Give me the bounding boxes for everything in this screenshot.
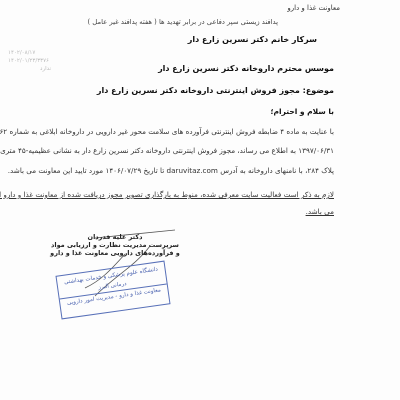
body-line-3: پلاک ۲۸۴، با نامنهای داروخانه به آدرس da… [8,166,334,175]
letter-date: ۱۴۰۲/۰۸/۱۷ [8,50,35,56]
signature-block: دکتر علیه قدردان سرپرست مدیریت نظارت و ا… [40,233,190,257]
note-line-2: می باشد. [306,207,334,216]
recipient-name: سرکار خانم دکتر نسرین زارع دار [188,35,317,44]
body-line-1: با عنایت به ماده ۴ ضابطه فروش اینترنتی ف… [0,127,334,136]
department-header: معاونت غذا و دارو [287,4,340,12]
recipient-title: موسس محترم داروخانه دکتر نسرین زارع دار [158,64,334,73]
signatory-name: دکتر علیه قدردان [40,233,190,241]
note-line-1: لازم به ذکر است فعالیت سایت معرفی شده، م… [0,190,334,199]
body-line-2: ۱۳۹۷/۰۶/۳۱ به اطلاع می رساند، مجوز فروش … [0,146,334,155]
letter-attachment: ندارد [40,66,51,72]
slogan: پدافند زیستی سپر دفاعی در برابر تهدید ها… [87,18,278,26]
signatory-title-1: سرپرست مدیریت نظارت و ارزیابی مواد [40,241,190,249]
letter-page: معاونت غذا و دارو پدافند زیستی سپر دفاعی… [0,0,400,400]
signatory-title-2: و فرآورده‌های دارویی معاونت غذا و دارو [40,249,190,257]
subject-line: موضوع: مجوز فروش اینترنتی داروخانه دکتر … [97,86,334,95]
greeting: با سلام و احترام؛ [271,107,334,116]
letter-number: ۱۴۰۲/۰۱/۲۳/۳۳۷۶ [8,58,49,64]
